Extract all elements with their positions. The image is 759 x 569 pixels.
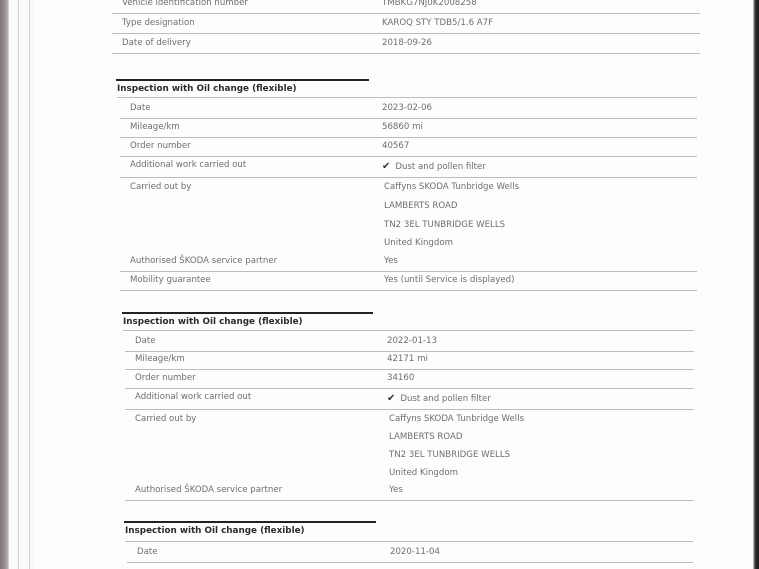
row-value: Yes <box>384 254 398 268</box>
row-value: ✔Dust and pollen filter <box>387 392 491 406</box>
row-label: Additional work carried out <box>130 158 246 172</box>
dealer-country: United Kingdom <box>384 236 453 250</box>
row-mileage: Mileage/km 42171 mi <box>125 350 694 370</box>
vehicle-row-delivery: Date of delivery 2018-09-26 <box>112 34 700 54</box>
dealer-street: LAMBERTS ROAD <box>389 430 462 444</box>
row-label: Carried out by <box>130 180 191 194</box>
row-additional-work: Additional work carried out ✔Dust and po… <box>120 156 697 178</box>
row-label: Date <box>137 545 158 559</box>
check-icon: ✔ <box>382 161 390 172</box>
divider <box>125 541 693 542</box>
row-authorised-partner: Authorised ŠKODA service partner Yes <box>125 481 694 501</box>
vehicle-row-vin: Vehicle identification number TMBKG7NJ0K… <box>112 0 700 14</box>
row-label: Vehicle identification number <box>122 0 248 10</box>
row-order-number: Order number 40567 <box>120 137 697 157</box>
divider <box>117 97 697 98</box>
paper-stack-shadow <box>0 0 8 569</box>
row-label: Carried out by <box>135 412 196 426</box>
row-label: Mobility guarantee <box>130 273 211 287</box>
row-value: 56860 mi <box>382 120 423 134</box>
row-label: Date of delivery <box>122 36 191 50</box>
section-title: Inspection with Oil change (flexible) <box>123 317 303 327</box>
row-value: 2018-09-26 <box>382 36 432 50</box>
row-label: Mileage/km <box>135 352 185 366</box>
service-history-document: Vehicle identification number TMBKG7NJ0K… <box>34 0 753 569</box>
section-title: Inspection with Oil change (flexible) <box>125 526 305 536</box>
row-label: Order number <box>130 139 191 153</box>
row-value: KAROQ STY TDB5/1.6 A7F <box>382 16 493 30</box>
row-value: 40567 <box>382 139 409 153</box>
dealer-name: Caffyns SKODA Tunbridge Wells <box>384 180 519 194</box>
section-bar <box>116 79 369 81</box>
service-record-page: Vehicle identification number TMBKG7NJ0K… <box>34 0 753 569</box>
vehicle-row-type: Type designation KAROQ STY TDB5/1.6 A7F <box>112 14 700 34</box>
dealer-city: TN2 3EL TUNBRIDGE WELLS <box>384 218 505 232</box>
row-mileage: Mileage/km 56860 mi <box>120 118 697 138</box>
dealer-name: Caffyns SKODA Tunbridge Wells <box>389 412 524 426</box>
dealer-city: TN2 3EL TUNBRIDGE WELLS <box>389 448 510 462</box>
row-additional-work: Additional work carried out ✔Dust and po… <box>125 388 694 410</box>
row-label: Mileage/km <box>130 120 180 134</box>
value-text: Dust and pollen filter <box>395 162 486 172</box>
row-mobility-guarantee: Mobility guarantee Yes (until Service is… <box>120 271 697 291</box>
row-value: Yes <box>389 483 403 497</box>
row-label: Authorised ŠKODA service partner <box>130 254 277 268</box>
row-label: Date <box>135 334 156 348</box>
background-edge <box>753 0 759 569</box>
row-value: 2022-01-13 <box>387 334 437 348</box>
row-value: ✔Dust and pollen filter <box>382 160 486 174</box>
row-value: 2023-02-06 <box>382 101 432 115</box>
dealer-street: LAMBERTS ROAD <box>384 199 457 213</box>
row-value: 2020-11-04 <box>390 545 440 559</box>
row-carried-out-by: Carried out by Caffyns SKODA Tunbridge W… <box>120 178 697 250</box>
value-text: Dust and pollen filter <box>400 394 491 404</box>
dealer-country: United Kingdom <box>389 466 458 480</box>
row-label: Date <box>130 101 151 115</box>
row-label: Authorised ŠKODA service partner <box>135 483 282 497</box>
row-order-number: Order number 34160 <box>125 369 694 389</box>
row-label: Type designation <box>122 16 195 30</box>
row-date: Date 2020-11-04 <box>127 543 693 563</box>
row-authorised-partner: Authorised ŠKODA service partner Yes <box>120 252 697 272</box>
row-value: Yes (until Service is displayed) <box>384 273 514 287</box>
section-title: Inspection with Oil change (flexible) <box>117 84 297 94</box>
section-bar <box>122 312 373 314</box>
row-value: 34160 <box>387 371 414 385</box>
row-value: TMBKG7NJ0K2008258 <box>382 0 477 10</box>
row-date: Date 2022-01-13 <box>125 332 694 352</box>
section-bar <box>124 521 376 523</box>
row-label: Order number <box>135 371 196 385</box>
row-date: Date 2023-02-06 <box>120 99 697 119</box>
divider <box>123 330 694 331</box>
row-label: Additional work carried out <box>135 390 251 404</box>
row-value: 42171 mi <box>387 352 428 366</box>
check-icon: ✔ <box>387 393 395 404</box>
row-carried-out-by: Carried out by Caffyns SKODA Tunbridge W… <box>125 410 694 482</box>
